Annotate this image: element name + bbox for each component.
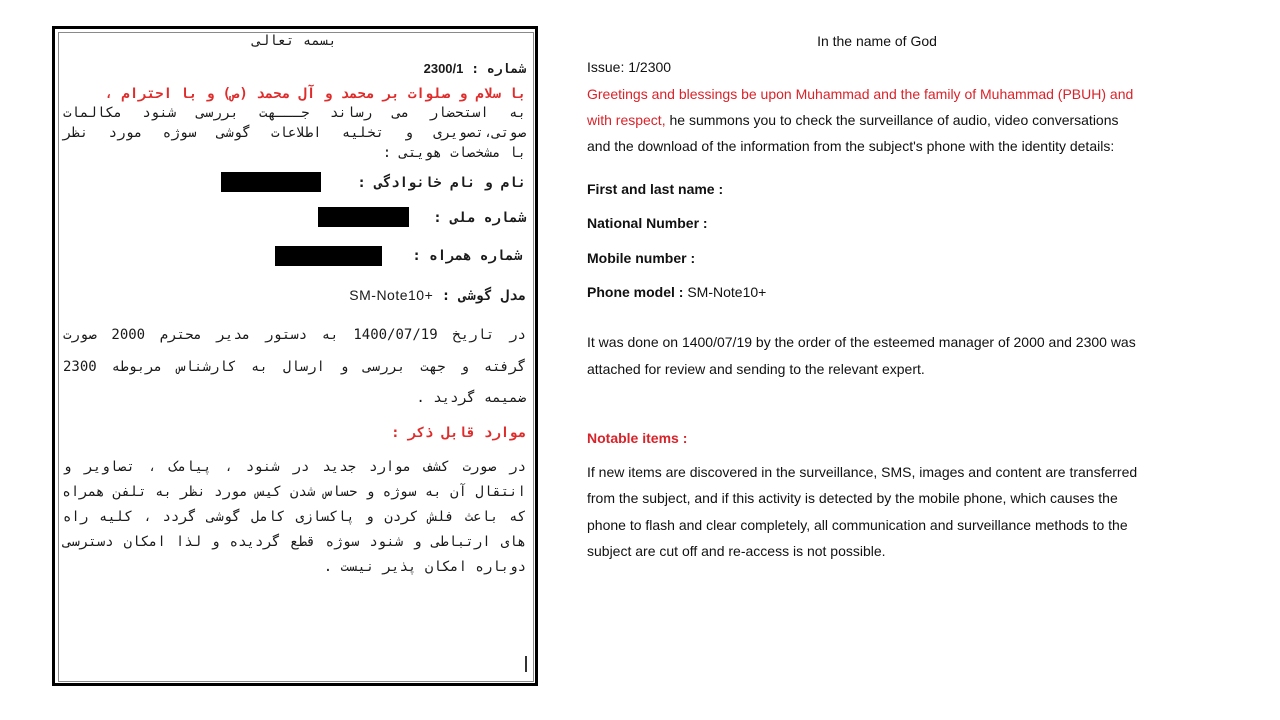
- translation-summons-line2: with respect, he summons you to check th…: [587, 112, 1119, 128]
- translation-summons-line3: and the download of the information from…: [587, 138, 1114, 154]
- english-translation: In the name of God Issue: 1/2300 Greetin…: [587, 0, 1177, 720]
- letter-intro-line: به استحضار می رساند جـــهت بررسی شنود مک…: [63, 105, 526, 121]
- translation-field-national-number-label: National Number :: [587, 215, 708, 231]
- letter-notable-line: که باعث فلش کردن و پاکسازی کامل گوشی گرد…: [63, 509, 526, 525]
- translation-field-name-label: First and last name :: [587, 181, 723, 197]
- letter-heading: بسمه تعالی: [63, 33, 526, 49]
- letter-number-value: 2300/1: [424, 61, 464, 76]
- translation-field-mobile-label: Mobile number :: [587, 250, 695, 266]
- translation-field-national-number: National Number :: [587, 215, 708, 231]
- translation-field-phone-model-label: Phone model :: [587, 284, 683, 300]
- letter-notable-line: انتقال آن به سوژه و حساس شدن کیس مورد نظ…: [63, 484, 526, 500]
- translation-greeting-line2: with respect,: [587, 112, 666, 128]
- letter-greeting: با سلام و صلوات بر محمد و آل محمد (ص) و …: [63, 86, 526, 102]
- translation-done-line2: attached for review and sending to the r…: [587, 361, 925, 377]
- translation-notable-line: subject are cut off and re-access is not…: [587, 543, 886, 559]
- letter-number-label: شماره :: [471, 62, 526, 77]
- translation-field-phone-model: Phone model : SM-Note10+: [587, 284, 766, 300]
- letter-notable-heading: موارد قابل ذکر :: [63, 425, 526, 441]
- letter-notable-line: در صورت کشف موارد جدید در شنود ، پیامک ،…: [63, 459, 526, 475]
- translation-notable-line: from the subject, and if this activity i…: [587, 490, 1118, 506]
- translation-title: In the name of God: [587, 33, 1167, 49]
- translation-notable-heading: Notable items :: [587, 430, 687, 446]
- field-phone-model-value: SM-Note10+: [349, 287, 433, 303]
- translation-done-line1: It was done on 1400/07/19 by the order o…: [587, 334, 1136, 350]
- redaction-box-national-id: [318, 207, 409, 227]
- letter-number: شماره : 2300/1: [63, 61, 526, 77]
- translation-field-mobile: Mobile number :: [587, 250, 695, 266]
- field-phone-model: مدل گوشی : SM-Note10+: [63, 287, 526, 304]
- letter-body-line: ضمیمه گردید .: [63, 390, 526, 406]
- translation-field-name: First and last name :: [587, 181, 723, 197]
- letter-body-line: گرفته و جهت بررسی و ارسال به کارشناس مرب…: [63, 359, 526, 375]
- field-national-id-label: شماره ملی :: [63, 210, 526, 226]
- letter-notable-line: دوباره امکان پذیر نیست .: [63, 559, 526, 575]
- letter-notable-line: های ارتباطی و شنود سوژه قطع گردیده و لذا…: [63, 534, 526, 550]
- scanned-letter: بسمه تعالی شماره : 2300/1 با سلام و صلوا…: [52, 26, 538, 686]
- translation-notable-line: If new items are discovered in the surve…: [587, 464, 1137, 480]
- translation-field-phone-model-value: SM-Note10+: [687, 284, 766, 300]
- redaction-box-mobile: [275, 246, 382, 266]
- letter-intro-line: با مشخصات هویتی :: [63, 145, 526, 161]
- translation-greeting-line1: Greetings and blessings be upon Muhammad…: [587, 86, 1133, 102]
- letter-body: بسمه تعالی شماره : 2300/1 با سلام و صلوا…: [63, 29, 526, 683]
- translation-notable-line: phone to flash and clear completely, all…: [587, 517, 1128, 533]
- translation-issue: Issue: 1/2300: [587, 59, 671, 75]
- letter-intro-line: صوتی،تصویری و تخلیه اطلاعات گوشی سوژه مو…: [63, 125, 526, 141]
- redaction-box-name: [221, 172, 321, 192]
- field-phone-model-label: مدل گوشی :: [442, 288, 526, 304]
- translation-summons-text: he summons you to check the surveillance…: [666, 112, 1119, 128]
- text-cursor: [525, 656, 527, 672]
- letter-body-line: در تاریخ 1400/07/19 به دستور مدیر محترم …: [63, 327, 526, 343]
